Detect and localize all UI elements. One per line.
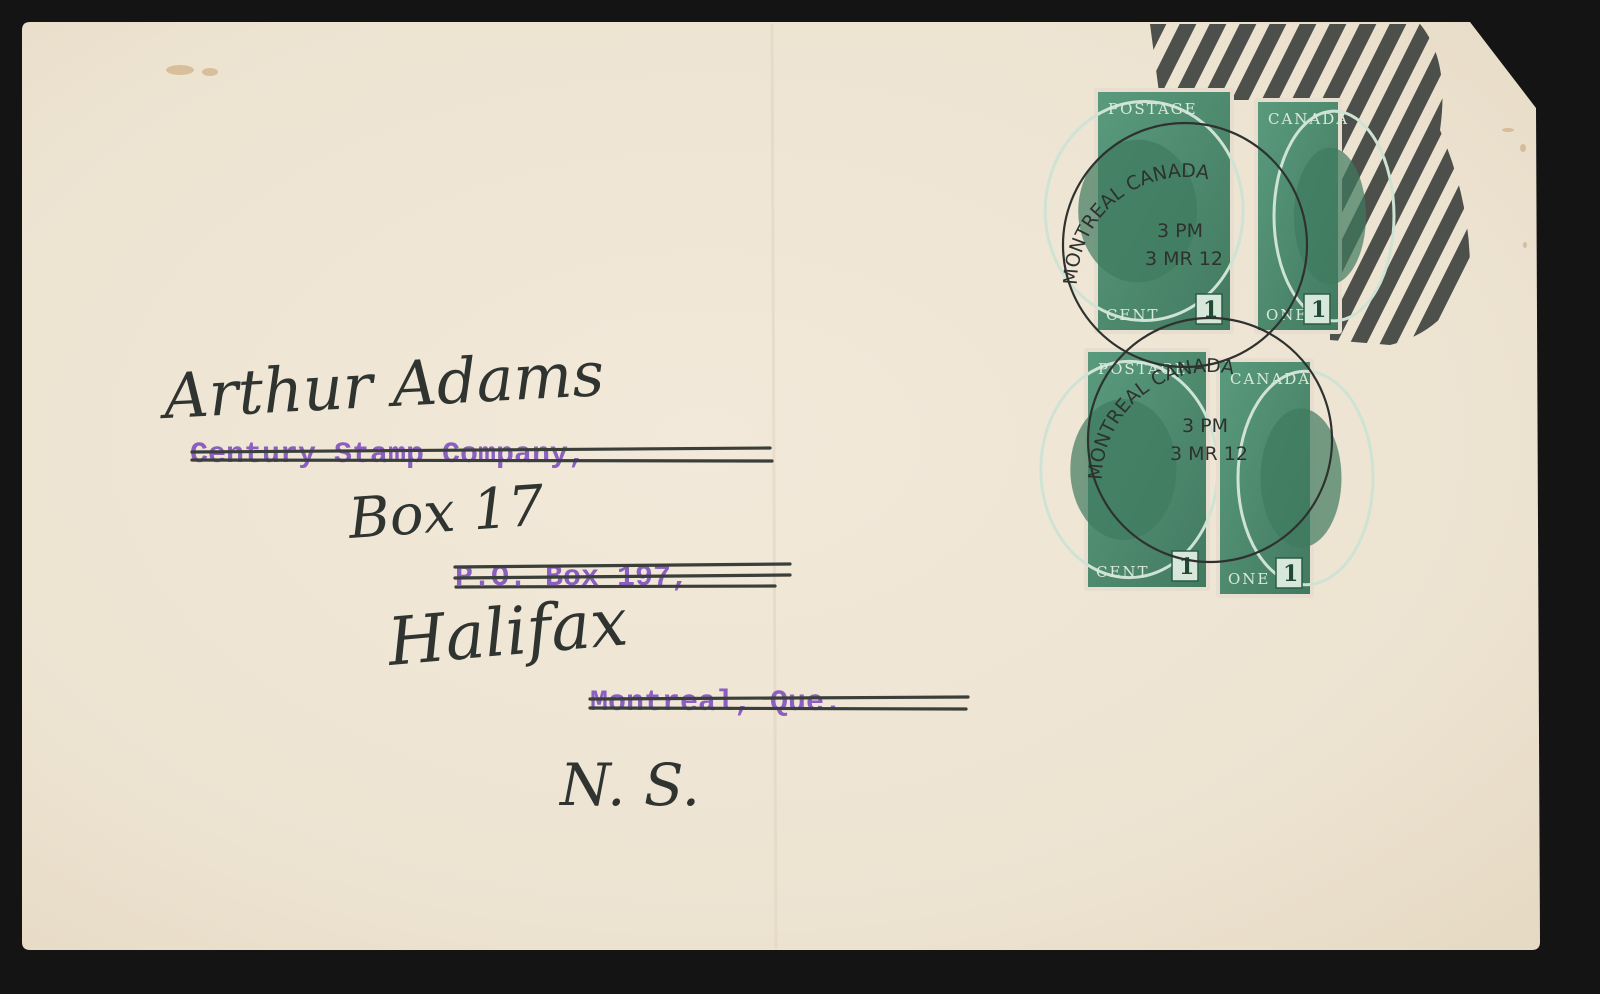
recipient-province: N. S. [558,751,700,819]
postmark-date: 3 MR 12 [1145,248,1223,270]
envelope-photo: POSTAGECENT1CANADAONE1POSTAGECENT1CANADA… [0,0,1600,994]
typed-city-struck: Montreal, Que. [590,686,842,720]
postmark-time: 3 PM [1157,220,1203,242]
typed-company-struck: Century Stamp Company, [190,438,586,472]
stamp-top-label: CANADA [1268,110,1349,128]
postmark-date: 3 MR 12 [1170,443,1248,465]
stamp-bottom-label: ONE [1228,570,1270,588]
stamp-bottom-label: CENT [1106,306,1160,324]
stamp-bottom-label: ONE [1266,306,1308,324]
postmark-time: 3 PM [1182,415,1228,437]
stamp-bottom-label: CENT [1096,563,1150,581]
stamp-value: 1 [1283,561,1298,587]
recipient-box: Box 17 [345,473,546,552]
stamp-top-label: POSTAGE [1108,100,1198,118]
stamp-top-label: CANADA [1230,370,1311,388]
stamp-value: 1 [1311,297,1326,323]
